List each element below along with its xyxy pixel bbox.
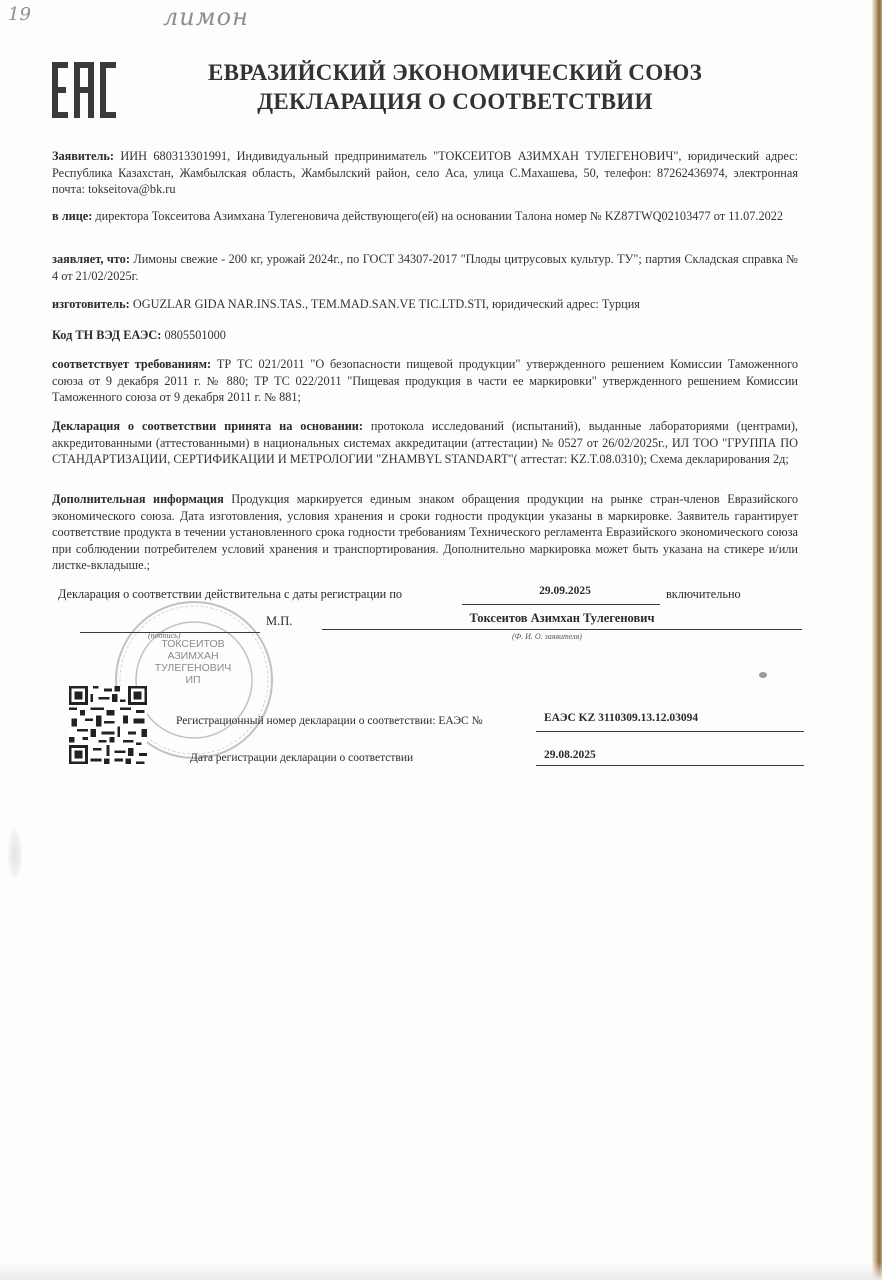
registration-date-underline: [536, 765, 804, 766]
qr-code[interactable]: [69, 686, 147, 764]
declares-section: заявляет, что: Лимоны свежие - 200 кг, у…: [52, 251, 798, 284]
basis-section: Декларация о соответствии принята на осн…: [52, 418, 798, 468]
title-line-union: ЕВРАЗИЙСКИЙ ЭКОНОМИЧЕСКИЙ СОЮЗ: [175, 58, 735, 87]
represented-by-text: директора Токсеитова Азимхана Тулегенови…: [95, 209, 783, 223]
applicant-section: Заявитель: ИИН 680313301991, Индивидуаль…: [52, 148, 798, 198]
basis-label: Декларация о соответствии принята на осн…: [52, 419, 363, 433]
signature-caption: (подпись): [148, 631, 180, 640]
validity-suffix: включительно: [666, 587, 741, 602]
registration-number-underline: [536, 731, 804, 732]
page-shadow: [0, 1262, 882, 1280]
handwritten-page-number: 19: [8, 4, 31, 25]
name-underline: [322, 629, 802, 630]
tn-ved-value: 0805501000: [164, 328, 225, 342]
eac-mark-icon: [52, 62, 116, 118]
complies-section: соответствует требованиям: ТР ТС 021/201…: [52, 356, 798, 406]
stamp-center-text: ТОКСЕИТОВ АЗИМХАН ТУЛЕГЕНОВИЧ ИП: [138, 638, 248, 686]
manufacturer-label: изготовитель:: [52, 297, 130, 311]
validity-date-underline: [462, 604, 660, 605]
name-caption: (Ф. И. О. заявителя): [512, 632, 582, 641]
represented-by-label: в лице:: [52, 209, 92, 223]
represented-by-section: в лице: директора Токсеитова Азимхана Ту…: [52, 208, 798, 225]
stamp-line-3: ТУЛЕГЕНОВИЧ: [138, 662, 248, 674]
registration-number-value: ЕАЭС KZ 3110309.13.12.03094: [544, 712, 698, 724]
paper-edge: [872, 0, 882, 1280]
document-title: ЕВРАЗИЙСКИЙ ЭКОНОМИЧЕСКИЙ СОЮЗ ДЕКЛАРАЦИ…: [175, 58, 735, 116]
additional-info-label: Дополнительная информация: [52, 492, 224, 506]
declares-text: Лимоны свежие - 200 кг, урожай 2024г., п…: [52, 252, 798, 283]
applicant-full-name: Токсеитов Азимхан Тулегенович: [322, 611, 802, 626]
tn-ved-section: Код ТН ВЭД ЕАЭС: 0805501000: [52, 327, 798, 344]
tn-ved-label: Код ТН ВЭД ЕАЭС:: [52, 328, 161, 342]
applicant-text: ИИН 680313301991, Индивидуальный предпри…: [52, 149, 798, 196]
complies-label: соответствует требованиям:: [52, 357, 211, 371]
ink-dot: [759, 672, 767, 678]
additional-info-section: Дополнительная информация Продукция марк…: [52, 491, 798, 574]
declares-label: заявляет, что:: [52, 252, 130, 266]
manufacturer-text: OGUZLAR GIDA NAR.INS.TAS., TEM.MAD.SAN.V…: [133, 297, 640, 311]
handwritten-note: лимон: [163, 3, 249, 31]
registration-date-value: 29.08.2025: [544, 749, 596, 761]
title-line-declaration: ДЕКЛАРАЦИЯ О СООТВЕТСТВИИ: [175, 87, 735, 116]
applicant-label: Заявитель:: [52, 149, 114, 163]
manufacturer-section: изготовитель: OGUZLAR GIDA NAR.INS.TAS.,…: [52, 296, 798, 313]
stamp-line-2: АЗИМХАН: [138, 650, 248, 662]
registration-number-label: Регистрационный номер декларации о соотв…: [176, 715, 483, 727]
validity-date: 29.09.2025: [470, 585, 660, 597]
registration-date-label: Дата регистрации декларации о соответств…: [190, 752, 413, 764]
stamp-line-4: ИП: [138, 674, 248, 686]
paper-smudge: [8, 830, 22, 878]
